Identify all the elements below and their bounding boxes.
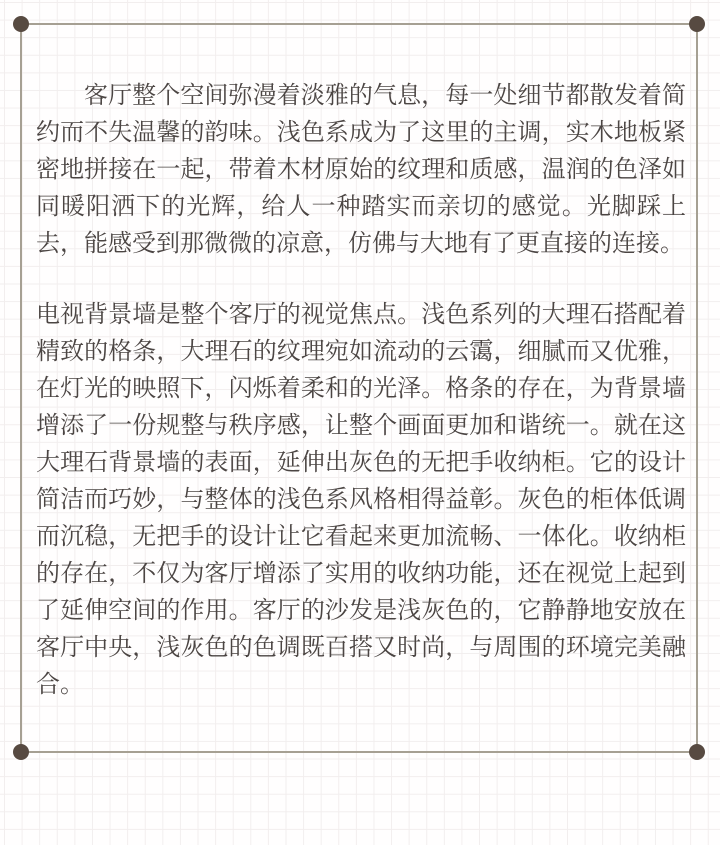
text-line: 的存在，不仅为客厅增添了实用的收纳功能，还在视觉上起到	[36, 555, 686, 592]
text-line: 客厅中央，浅灰色的色调既百搭又时尚，与周围的环境完美融	[36, 629, 686, 666]
text-line: 同暖阳洒下的光辉，给人一种踏实而亲切的感觉。光脚踩上	[36, 188, 686, 225]
text-line: 约而不失温馨的韵味。浅色系成为了这里的主调，实木地板紧	[36, 114, 686, 151]
text-line: 增添了一份规整与秩序感，让整个画面更加和谐统一。就在这	[36, 407, 686, 444]
text-line: 去，能感受到那微微的凉意，仿佛与大地有了更直接的连接。	[36, 225, 686, 262]
paragraph-tv-wall-description: 电视背景墙是整个客厅的视觉焦点。浅色系列的大理石搭配着 精致的格条，大理石的纹理…	[36, 296, 686, 703]
corner-dot-bottom-right	[689, 744, 705, 760]
text-line: 密地拼接在一起，带着木材原始的纹理和质感，温润的色泽如	[36, 151, 686, 188]
text-line: 客厅整个空间弥漫着淡雅的气息，每一处细节都散发着简	[36, 77, 686, 114]
text-line: 了延伸空间的作用。客厅的沙发是浅灰色的，它静静地安放在	[36, 592, 686, 629]
paragraph-living-room-overview: 客厅整个空间弥漫着淡雅的气息，每一处细节都散发着简 约而不失温馨的韵味。浅色系成…	[36, 77, 686, 262]
text-line: 而沉稳，无把手的设计让它看起来更加流畅、一体化。收纳柜	[36, 518, 686, 555]
corner-dot-top-right	[689, 16, 705, 32]
text-line: 在灯光的映照下，闪烁着柔和的光泽。格条的存在，为背景墙	[36, 370, 686, 407]
text-line: 电视背景墙是整个客厅的视觉焦点。浅色系列的大理石搭配着	[36, 296, 686, 333]
document-text: 客厅整个空间弥漫着淡雅的气息，每一处细节都散发着简 约而不失温馨的韵味。浅色系成…	[36, 77, 686, 703]
text-line: 合。	[36, 666, 686, 703]
text-line: 简洁而巧妙，与整体的浅色系风格相得益彰。灰色的柜体低调	[36, 481, 686, 518]
text-line: 精致的格条，大理石的纹理宛如流动的云霭，细腻而又优雅，	[36, 333, 686, 370]
corner-dot-bottom-left	[13, 744, 29, 760]
text-line: 大理石背景墙的表面，延伸出灰色的无把手收纳柜。它的设计	[36, 444, 686, 481]
corner-dot-top-left	[13, 16, 29, 32]
document-page: { "theme": { "page-bg": "#fffefe", "grid…	[0, 0, 720, 845]
